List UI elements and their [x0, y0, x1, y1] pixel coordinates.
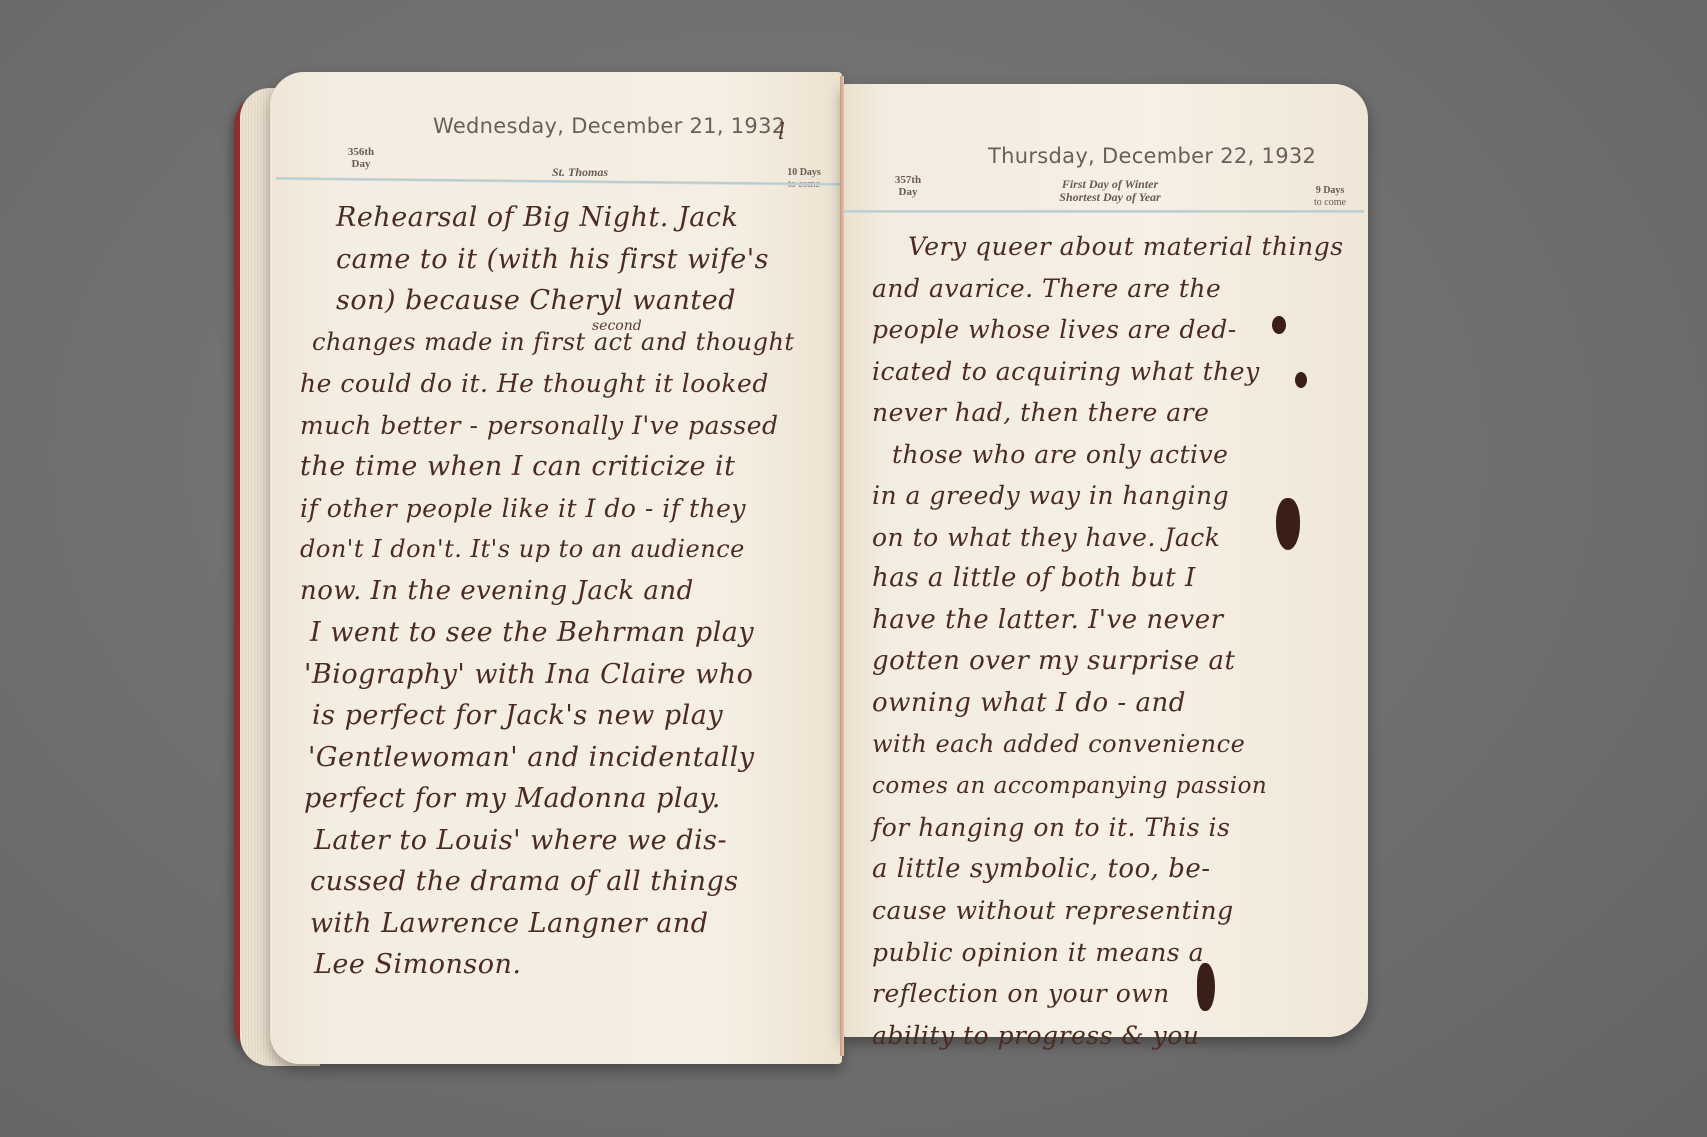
left-days-to-come: 10 Days to come: [776, 167, 832, 191]
day-of-year-number: 356th: [335, 146, 387, 158]
handwritten-line: a little symbolic, too, be-: [872, 849, 1344, 891]
handwritten-line: changes made in first act and thought: [300, 322, 795, 364]
handwritten-line: never had, then there are: [872, 392, 1344, 434]
handwritten-line: in a greedy way in hanging: [872, 475, 1344, 517]
left-page-date: Wednesday, December 21, 1932: [433, 114, 785, 138]
right-day-of-year: 357th Day: [884, 174, 932, 198]
handwritten-line: 'Gentlewoman' and incidentally: [300, 737, 795, 779]
left-date-annotation: l: [778, 120, 785, 145]
handwritten-line: gotten over my surprise at: [872, 641, 1344, 683]
days-count: 9 Days: [1302, 185, 1358, 197]
handwritten-line: perfect for my Madonna play.: [300, 778, 795, 820]
handwritten-line: with Lawrence Langner and: [300, 903, 795, 945]
right-page-note: First Day of Winter Shortest Day of Year: [1030, 178, 1190, 204]
handwritten-line: Later to Louis' where we dis-: [300, 820, 795, 862]
note-line: Shortest Day of Year: [1030, 191, 1190, 204]
handwritten-line: those who are only active: [872, 434, 1344, 476]
handwritten-line: comes an accompanying passion: [872, 766, 1344, 808]
handwritten-line: owning what I do - and: [872, 683, 1344, 725]
handwritten-line: public opinion it means a: [872, 932, 1344, 974]
left-page-handwriting: Rehearsal of Big Night. Jack came to it …: [300, 197, 795, 986]
ink-blot: [1276, 498, 1300, 550]
right-header-rule: [844, 210, 1364, 213]
handwritten-line: has a little of both but I: [872, 558, 1344, 600]
handwritten-line: and avarice. There are the: [872, 268, 1344, 310]
handwritten-line: he could do it. He thought it looked: [300, 363, 795, 405]
handwritten-line: the time when I can criticize it: [300, 446, 795, 488]
handwritten-line: 'Biography' with Ina Claire who: [300, 654, 795, 696]
diary-photo: Wednesday, December 21, 1932 l 356th Day…: [0, 0, 1707, 1137]
handwritten-line: came to it (with his first wife's: [300, 239, 795, 281]
day-label: Day: [335, 158, 387, 170]
day-of-year-number: 357th: [884, 174, 932, 186]
ink-blot: [1197, 963, 1215, 1011]
day-label: Day: [884, 186, 932, 198]
ink-blot: [1272, 316, 1286, 334]
ink-blot: [1295, 372, 1307, 388]
handwritten-line: with each added convenience: [872, 724, 1344, 766]
book-gutter: [840, 76, 844, 1056]
handwritten-line: reflection on your own: [872, 973, 1344, 1015]
handwritten-line: ability to progress & you: [872, 1015, 1344, 1057]
handwritten-line: Very queer about material things: [872, 226, 1344, 268]
right-days-to-come: 9 Days to come: [1302, 185, 1358, 209]
right-page-date: Thursday, December 22, 1932: [988, 144, 1316, 168]
handwritten-line: if other people like it I do - if they: [300, 488, 795, 530]
handwritten-line: cussed the drama of all things: [300, 861, 795, 903]
handwritten-line: icated to acquiring what they: [872, 351, 1344, 393]
handwritten-line: cause without representing: [872, 890, 1344, 932]
handwritten-line: is perfect for Jack's new play: [300, 695, 795, 737]
handwritten-line: have the latter. I've never: [872, 600, 1344, 642]
handwritten-line: much better - personally I've passed: [300, 405, 795, 447]
handwritten-line: for hanging on to it. This is: [872, 807, 1344, 849]
handwritten-line: Rehearsal of Big Night. Jack: [300, 197, 795, 239]
handwritten-line: on to what they have. Jack: [872, 517, 1344, 559]
saint-day: St. Thomas: [520, 166, 640, 179]
days-suffix: to come: [1302, 197, 1358, 209]
handwritten-line: don't I don't. It's up to an audience: [300, 529, 795, 571]
handwritten-line: son) because Cheryl wanted: [300, 280, 795, 322]
left-day-of-year: 356th Day: [335, 146, 387, 170]
right-page-handwriting: Very queer about material things and ava…: [872, 226, 1344, 1056]
handwritten-line: Lee Simonson.: [300, 944, 795, 986]
handwritten-line: now. In the evening Jack and: [300, 571, 795, 613]
days-count: 10 Days: [776, 167, 832, 179]
handwritten-line: I went to see the Behrman play: [300, 612, 795, 654]
